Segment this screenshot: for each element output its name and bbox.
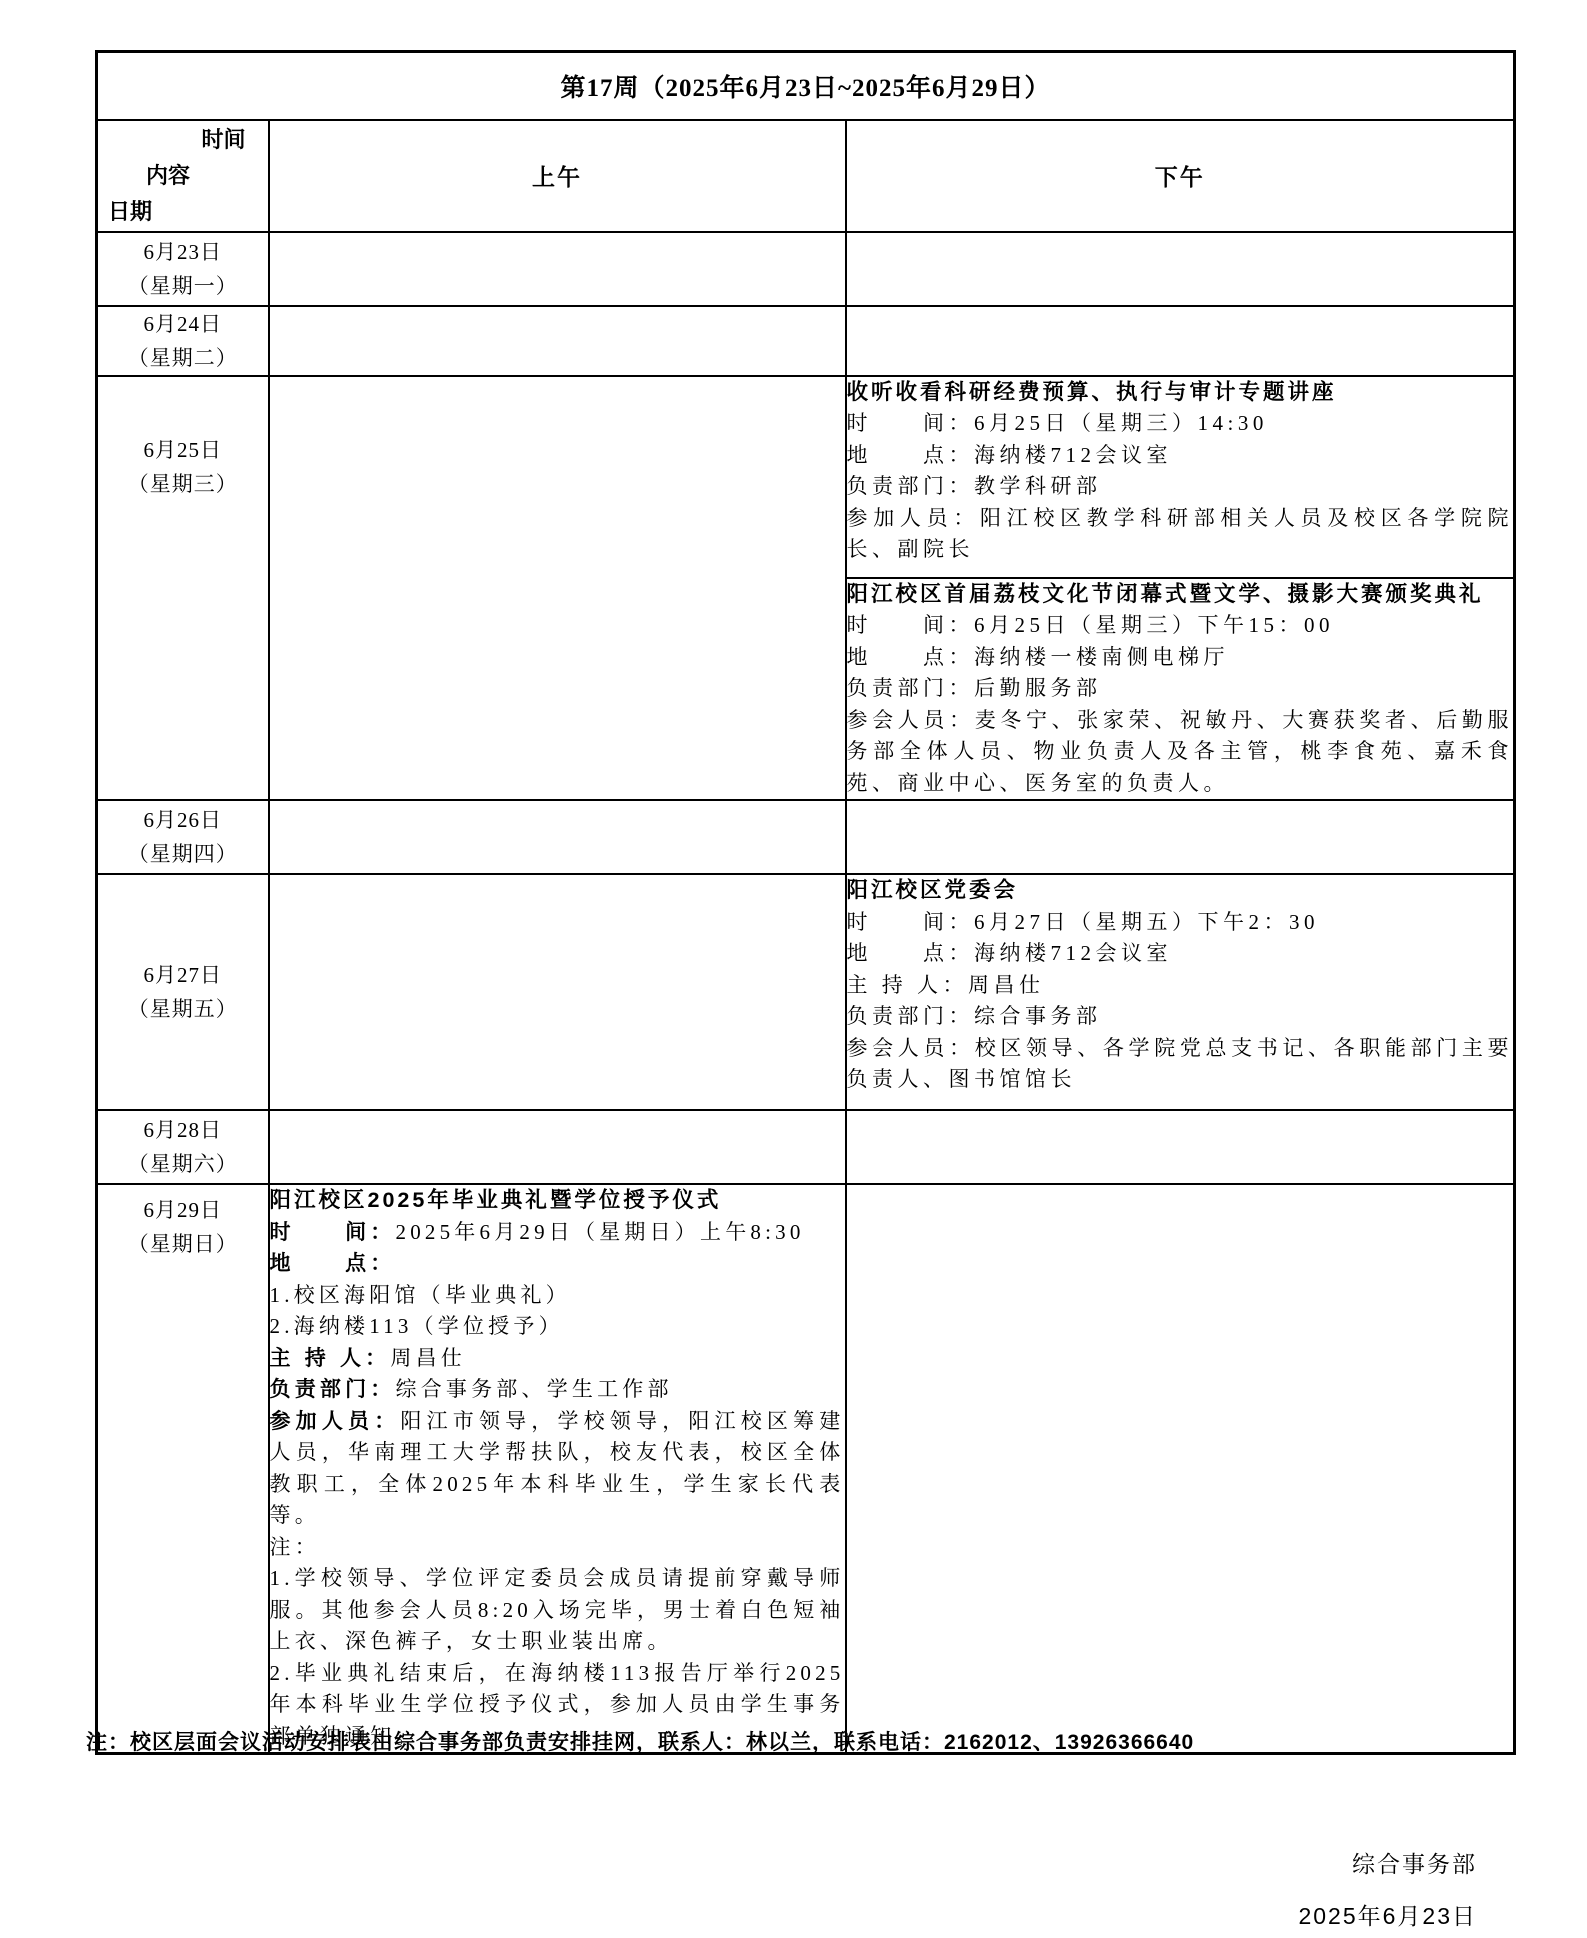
- date-cell-thu: 6月26日 （星期四）: [97, 800, 269, 874]
- date-cell-mon: 6月23日 （星期一）: [97, 232, 269, 306]
- date-cell-tue: 6月24日 （星期二）: [97, 306, 269, 376]
- date-sat: 6月28日: [98, 1113, 268, 1147]
- line-label: 时 间：: [270, 1221, 396, 1244]
- event-title-graduation-ceremony: 阳江校区2025年毕业典礼暨学位授予仪式: [270, 1185, 845, 1217]
- signature-date: 2025年6月23日: [1298, 1890, 1477, 1938]
- line-label: 主 持 人：: [270, 1347, 391, 1370]
- weekday-wed: （星期三）: [98, 467, 268, 501]
- line-value: 周昌仕: [390, 1346, 466, 1370]
- cell-sat-pm: [846, 1110, 1515, 1184]
- event-line-place: 地 点：海纳楼712会议室: [847, 938, 1514, 970]
- cell-wed-pm-event-2: 阳江校区首届荔枝文化节闭幕式暨文学、摄影大赛颁奖典礼 时 间：6月25日（星期三…: [846, 578, 1515, 801]
- line-label: 参加人员：: [270, 1410, 401, 1433]
- date-thu: 6月26日: [98, 803, 268, 837]
- event-title-party-committee: 阳江校区党委会: [847, 875, 1514, 907]
- cell-sun-pm: [846, 1184, 1515, 1754]
- event-title-lecture: 收听收看科研经费预算、执行与审计专题讲座: [847, 377, 1514, 409]
- cell-mon-pm: [846, 232, 1515, 306]
- footer-note: 注：校区层面会议活动安排表由综合事务部负责安排挂网，联系人：林以兰，联系电话：2…: [86, 1726, 1516, 1756]
- date-cell-sun: 6月29日 （星期日）: [97, 1184, 269, 1754]
- event-line-department: 负责部门：综合事务部、学生工作部: [270, 1374, 845, 1406]
- event-line-remark-header: 注：: [270, 1532, 845, 1564]
- cell-thu-pm: [846, 800, 1515, 874]
- column-header-morning: 上午: [269, 120, 846, 232]
- event-line-department: 负责部门：后勤服务部: [847, 673, 1514, 705]
- cell-sun-am-event: 阳江校区2025年毕业典礼暨学位授予仪式 时 间：2025年6月29日（星期日）…: [269, 1184, 846, 1754]
- cell-sat-am: [269, 1110, 846, 1184]
- signature-block: 综合事务部 2025年6月23日: [1298, 1838, 1477, 1938]
- cell-wed-am: [269, 376, 846, 801]
- event-line-place-2: 2.海纳楼113（学位授予）: [270, 1311, 845, 1343]
- cell-mon-am: [269, 232, 846, 306]
- date-cell-sat: 6月28日 （星期六）: [97, 1110, 269, 1184]
- event-line-place: 地 点：海纳楼一楼南侧电梯厅: [847, 642, 1514, 674]
- line-label: 负责部门：: [270, 1378, 396, 1401]
- date-sun: 6月29日: [98, 1193, 268, 1227]
- cell-wed-pm-event-1: 收听收看科研经费预算、执行与审计专题讲座 时 间：6月25日（星期三）14:30…: [846, 376, 1515, 578]
- corner-label-time: 时间: [98, 122, 268, 158]
- corner-label-content: 内容: [98, 158, 268, 194]
- event-title-lychee-festival: 阳江校区首届荔枝文化节闭幕式暨文学、摄影大赛颁奖典礼: [847, 579, 1514, 611]
- line-value: 综合事务部、学生工作部: [396, 1377, 673, 1401]
- weekday-thu: （星期四）: [98, 837, 268, 871]
- event-line-host: 主 持 人：周昌仕: [270, 1343, 845, 1375]
- date-tue: 6月24日: [98, 307, 268, 341]
- event-line-time: 时 间：6月25日（星期三）14:30: [847, 408, 1514, 440]
- event-line-department: 负责部门：综合事务部: [847, 1001, 1514, 1033]
- cell-fri-am: [269, 874, 846, 1110]
- event-line-time: 时 间：6月27日（星期五）下午2：30: [847, 907, 1514, 939]
- column-header-afternoon: 下午: [846, 120, 1515, 232]
- cell-tue-am: [269, 306, 846, 376]
- date-cell-wed: 6月25日 （星期三）: [97, 376, 269, 801]
- event-line-remark-1: 1.学校领导、学位评定委员会成员请提前穿戴导师服。其他参会人员8:20入场完毕，…: [270, 1563, 845, 1658]
- cell-tue-pm: [846, 306, 1515, 376]
- corner-label-date: 日期: [98, 194, 268, 230]
- line-label: 地 点：: [270, 1252, 396, 1275]
- line-value: 2025年6月29日（星期日）上午8:30: [396, 1220, 805, 1244]
- date-fri: 6月27日: [98, 958, 268, 992]
- weekday-mon: （星期一）: [98, 269, 268, 303]
- date-wed: 6月25日: [98, 433, 268, 467]
- signature-department: 综合事务部: [1298, 1838, 1477, 1890]
- weekday-sun: （星期日）: [98, 1227, 268, 1261]
- weekday-fri: （星期五）: [98, 992, 268, 1026]
- cell-thu-am: [269, 800, 846, 874]
- event-line-department: 负责部门：教学科研部: [847, 471, 1514, 503]
- event-line-participants: 参加人员：阳江市领导，学校领导，阳江校区筹建人员，华南理工大学帮扶队，校友代表，…: [270, 1406, 845, 1532]
- cell-fri-pm-event: 阳江校区党委会 时 间：6月27日（星期五）下午2：30 地 点：海纳楼712会…: [846, 874, 1515, 1110]
- event-line-place: 地 点：海纳楼712会议室: [847, 440, 1514, 472]
- corner-header-cell: 时间 内容 日期: [97, 120, 269, 232]
- week-title: 第17周（2025年6月23日~2025年6月29日）: [97, 52, 1515, 120]
- event-line-host: 主 持 人：周昌仕: [847, 970, 1514, 1002]
- date-cell-fri: 6月27日 （星期五）: [97, 874, 269, 1110]
- event-line-participants: 参会人员：麦冬宁、张家荣、祝敏丹、大赛获奖者、后勤服务部全体人员、物业负责人及各…: [847, 705, 1514, 800]
- event-line-participants: 参加人员：阳江校区教学科研部相关人员及校区各学院院长、副院长: [847, 503, 1514, 566]
- event-line-participants: 参会人员：校区领导、各学院党总支书记、各职能部门主要负责人、图书馆馆长: [847, 1033, 1514, 1096]
- event-line-time: 时 间：2025年6月29日（星期日）上午8:30: [270, 1217, 845, 1249]
- weekday-tue: （星期二）: [98, 341, 268, 375]
- document-page: 第17周（2025年6月23日~2025年6月29日） 时间 内容 日期 上午 …: [0, 0, 1587, 1938]
- weekly-schedule-table: 第17周（2025年6月23日~2025年6月29日） 时间 内容 日期 上午 …: [95, 50, 1516, 1755]
- event-line-time: 时 间：6月25日（星期三）下午15：00: [847, 610, 1514, 642]
- event-line-place: 地 点：: [270, 1248, 845, 1280]
- date-mon: 6月23日: [98, 235, 268, 269]
- event-line-place-1: 1.校区海阳馆（毕业典礼）: [270, 1280, 845, 1312]
- weekday-sat: （星期六）: [98, 1147, 268, 1181]
